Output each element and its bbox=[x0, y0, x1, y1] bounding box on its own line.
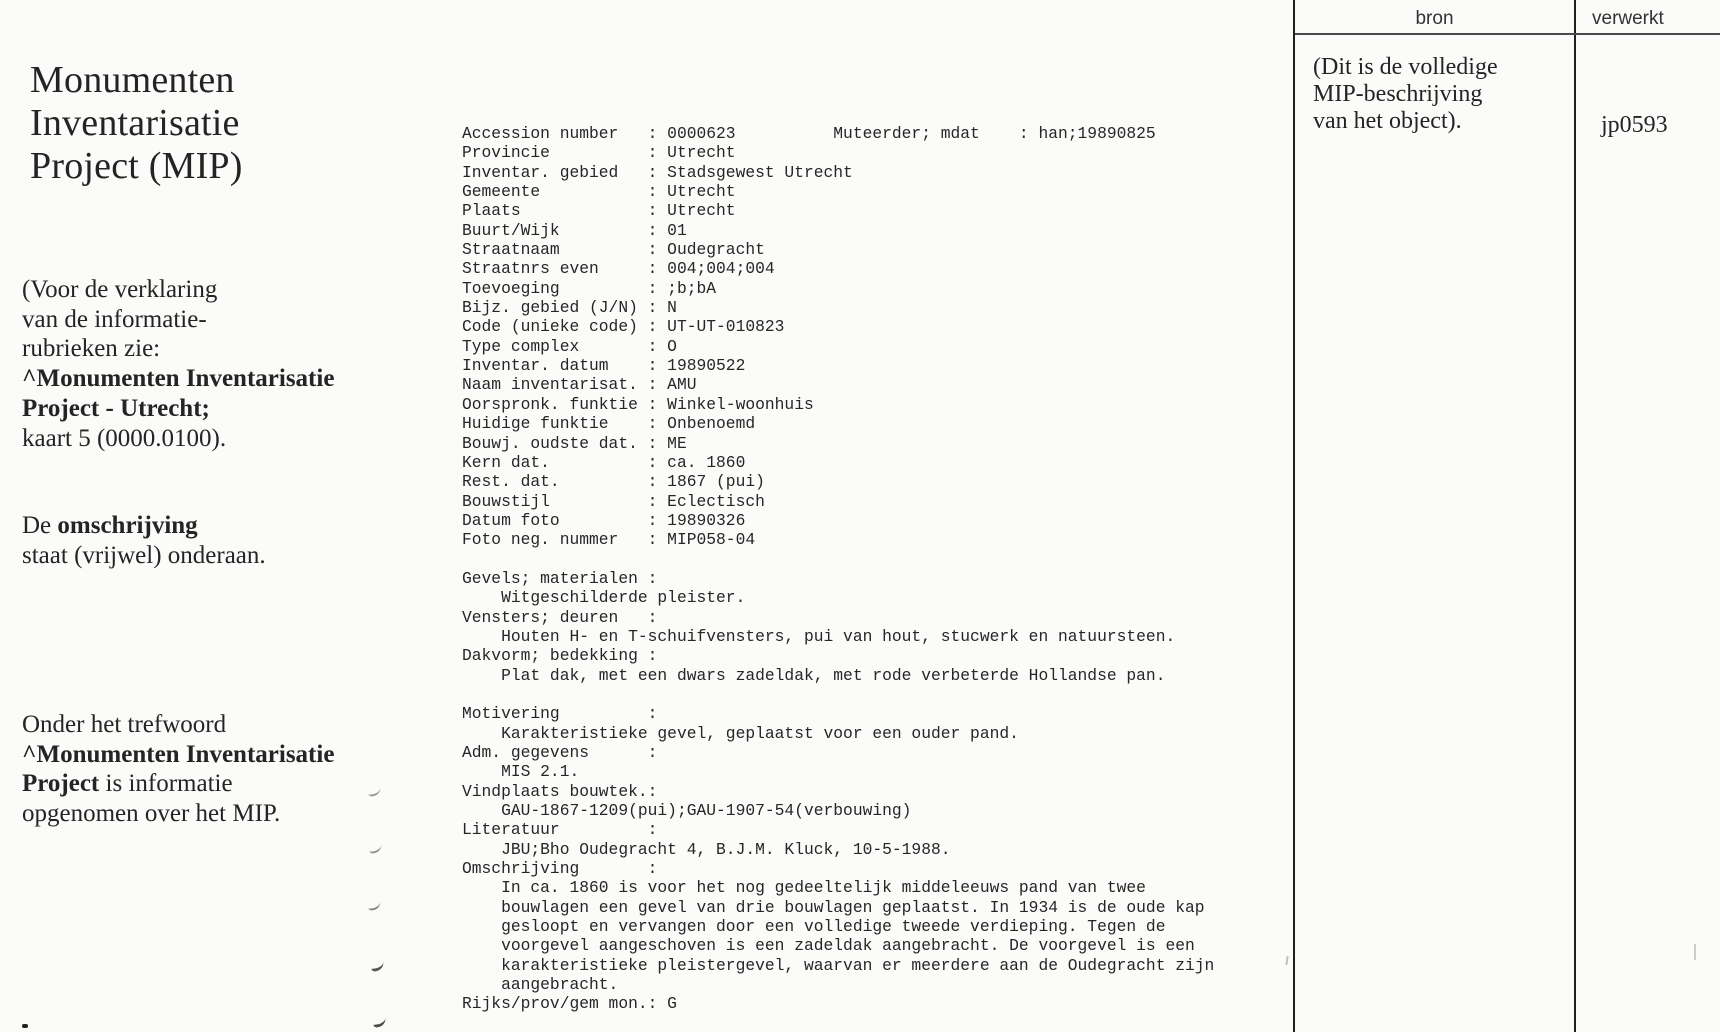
record-line: Straatnrs even : 004;004;004 bbox=[462, 259, 1214, 278]
document-page: Monumenten Inventarisatie Project (MIP) … bbox=[0, 0, 1720, 1032]
record-line: Omschrijving : bbox=[462, 859, 1214, 878]
margin-full-description-note: (Dit is de volledige MIP-beschrijving va… bbox=[1313, 54, 1563, 135]
record-line: Bouwj. oudste dat. : ME bbox=[462, 434, 1214, 453]
record-line: Datum foto : 19890326 bbox=[462, 511, 1214, 530]
record-line: Motivering : bbox=[462, 704, 1214, 723]
record-line: Literatuur : bbox=[462, 820, 1214, 839]
record-line: Inventar. datum : 19890522 bbox=[462, 356, 1214, 375]
pen-tick-artifact bbox=[370, 961, 384, 972]
record-line: voorgevel aangeschoven is een zadeldak a… bbox=[462, 936, 1214, 955]
record-line: Oorspronk. funktie : Winkel-woonhuis bbox=[462, 395, 1214, 414]
record-line: Straatnaam : Oudegracht bbox=[462, 240, 1214, 259]
pen-tick-artifact bbox=[367, 901, 381, 911]
record-line: Huidige funktie : Onbenoemd bbox=[462, 414, 1214, 433]
record-line: Bijz. gebied (J/N) : N bbox=[462, 298, 1214, 317]
record-line: Vindplaats bouwtek.: bbox=[462, 782, 1214, 801]
omschrijving-note: De omschrijving staat (vrijwel) onderaan… bbox=[22, 511, 266, 570]
record-line: In ca. 1860 is voor het nog gedeeltelijk… bbox=[462, 878, 1214, 897]
record-line: MIS 2.1. bbox=[462, 762, 1214, 781]
record-line: Buurt/Wijk : 01 bbox=[462, 221, 1214, 240]
bron-column-header: bron bbox=[1295, 8, 1574, 30]
scan-speck bbox=[1694, 944, 1696, 960]
record-line: Witgeschilderde pleister. bbox=[462, 588, 1214, 607]
record-line: Kern dat. : ca. 1860 bbox=[462, 453, 1214, 472]
bron-column-left-rule bbox=[1293, 0, 1295, 1032]
record-line: Provincie : Utrecht bbox=[462, 143, 1214, 162]
intro-note: (Voor de verklaring van de informatie- r… bbox=[22, 275, 334, 453]
record-line: Type complex : O bbox=[462, 337, 1214, 356]
record-line: Bouwstijl : Eclectisch bbox=[462, 492, 1214, 511]
record-line: Plaats : Utrecht bbox=[462, 201, 1214, 220]
record-line: karakteristieke pleistergevel, waarvan e… bbox=[462, 956, 1214, 975]
record-line: Karakteristieke gevel, geplaatst voor ee… bbox=[462, 724, 1214, 743]
verwerkt-column-header: verwerkt bbox=[1592, 8, 1664, 30]
record-line: Naam inventarisat. : AMU bbox=[462, 375, 1214, 394]
record-line: Gevels; materialen : bbox=[462, 569, 1214, 588]
record-line: JBU;Bho Oudegracht 4, B.J.M. Kluck, 10-5… bbox=[462, 840, 1214, 859]
record-line: Gemeente : Utrecht bbox=[462, 182, 1214, 201]
record-line: Dakvorm; bedekking : bbox=[462, 646, 1214, 665]
pen-tick-artifact bbox=[367, 787, 381, 797]
record-line: Code (unieke code) : UT-UT-010823 bbox=[462, 317, 1214, 336]
mip-record: Accession number : 0000623 Muteerder; md… bbox=[462, 124, 1214, 1014]
record-line bbox=[462, 685, 1214, 704]
pen-tick-artifact bbox=[372, 1017, 386, 1028]
record-line: Vensters; deuren : bbox=[462, 608, 1214, 627]
record-line bbox=[462, 550, 1214, 569]
margin-header-rule bbox=[1295, 33, 1720, 35]
scan-speck bbox=[1285, 956, 1288, 965]
record-line: Plat dak, met een dwars zadeldak, met ro… bbox=[462, 666, 1214, 685]
trefwoord-note: Onder het trefwoord ^Monumenten Inventar… bbox=[22, 710, 334, 829]
record-line: bouwlagen een gevel van drie bouwlagen g… bbox=[462, 898, 1214, 917]
record-line: Rest. dat. : 1867 (pui) bbox=[462, 472, 1214, 491]
verwerkt-column-left-rule bbox=[1574, 0, 1576, 1032]
record-line: Houten H- en T-schuifvensters, pui van h… bbox=[462, 627, 1214, 646]
record-line: Rijks/prov/gem mon.: G bbox=[462, 994, 1214, 1013]
record-line: aangebracht. bbox=[462, 975, 1214, 994]
record-line: Foto neg. nummer : MIP058-04 bbox=[462, 530, 1214, 549]
record-line: GAU-1867-1209(pui);GAU-1907-54(verbouwin… bbox=[462, 801, 1214, 820]
page-title: Monumenten Inventarisatie Project (MIP) bbox=[30, 59, 243, 188]
pen-tick-artifact bbox=[368, 844, 382, 854]
record-line: Accession number : 0000623 Muteerder; md… bbox=[462, 124, 1214, 143]
margin-processed-code: jp0593 bbox=[1601, 112, 1668, 139]
scan-speck bbox=[22, 1024, 28, 1028]
record-line: Toevoeging : ;b;bA bbox=[462, 279, 1214, 298]
record-line: Inventar. gebied : Stadsgewest Utrecht bbox=[462, 163, 1214, 182]
record-line: gesloopt en vervangen door een volledige… bbox=[462, 917, 1214, 936]
record-line: Adm. gegevens : bbox=[462, 743, 1214, 762]
